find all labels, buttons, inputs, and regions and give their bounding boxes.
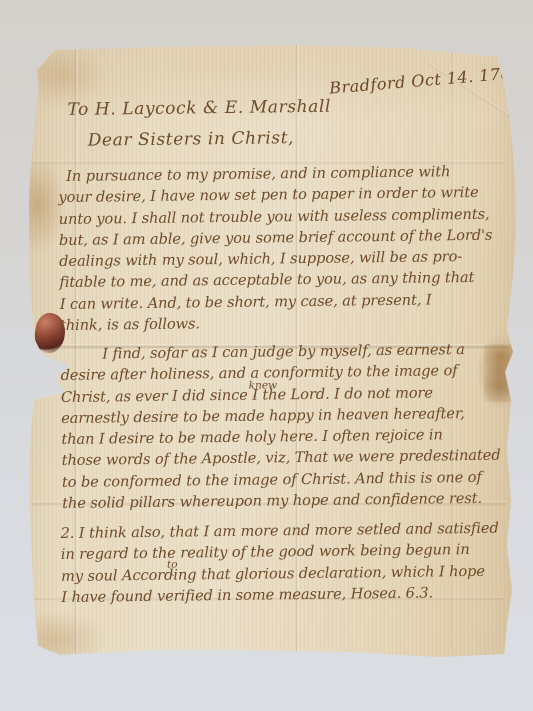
letter-recipient-line: To H. Laycock & E. Marshall (67, 97, 331, 120)
letter-dateline: Bradford Oct 14. 1761 (329, 65, 500, 98)
letter-paper: Bradford Oct 14. 1761 To H. Laycock & E.… (0, 0, 533, 711)
letter-salutation: Dear Sisters in Christ, (88, 128, 295, 151)
letter-paragraph-intro: In pursuance to my promise, and in compl… (58, 161, 493, 337)
letter-line: think, is as follows. (60, 310, 494, 337)
letter-line: I have found verified in some measure, H… (61, 582, 499, 609)
photo-background: Bradford Oct 14. 1761 To H. Laycock & E.… (0, 0, 533, 711)
letter-handwriting: Bradford Oct 14. 1761 To H. Laycock & E.… (0, 0, 533, 711)
inserted-word-knew: knew (249, 379, 277, 391)
inserted-word-to: to (167, 559, 178, 571)
letter-line: the solid pillars whereupon my hope and … (62, 488, 501, 515)
letter-paragraph-two: 2. I think also, that I am more and more… (60, 518, 499, 609)
letter-paragraph-one: I find, sofar as I can judge by myself, … (60, 339, 501, 515)
